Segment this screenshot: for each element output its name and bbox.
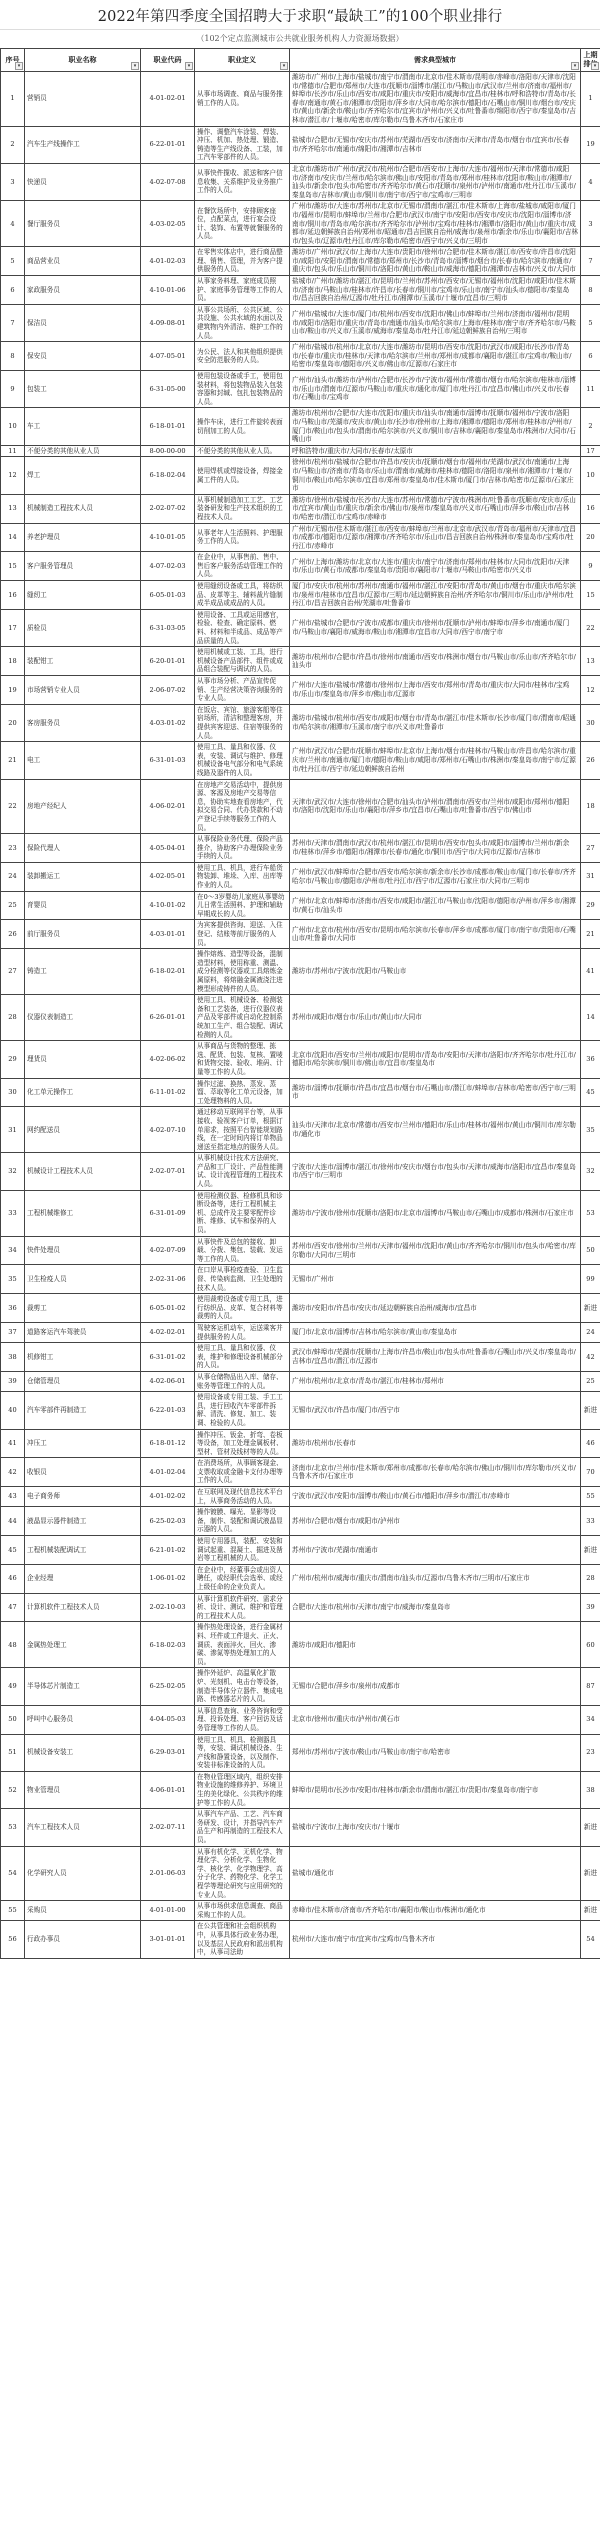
row-occupation-name: 育婴员 (25, 891, 141, 920)
table-row: 22房地产经纪人4-06-02-01在房地产交易活动中，提供房源、客源及房地产交… (1, 779, 600, 834)
row-occupation-code: 6-25-02-03 (141, 1507, 195, 1536)
row-definition: 驾驶客运机动车，运送乘客并提供服务的人员。 (195, 1322, 290, 1342)
table-row: 2汽车生产线操作工6-22-01-01操作、调整汽车涂装、焊装、冲压、机加、热处… (1, 126, 600, 163)
table-row: 48金属热处理工6-18-02-03操作热处理设备，进行金属材料、坯件或工件退火… (1, 1622, 600, 1668)
row-seq: 37 (1, 1322, 25, 1342)
row-occupation-code: 4-02-07-10 (141, 1107, 195, 1153)
table-row: 24装卸搬运工4-02-05-01使用工具、机具，进行车船货物装卸、堆垛、入库、… (1, 862, 600, 891)
row-occupation-code: 6-29-03-01 (141, 1734, 195, 1771)
row-definition: 使用工具、机具、检测器具等，安装、调试机械设备、生产线和静置设备，以及制作、安装… (195, 1734, 290, 1771)
row-seq: 16 (1, 581, 25, 610)
row-prev-rank: 24 (581, 1322, 600, 1342)
row-occupation-code: 2-02-07-02 (141, 494, 195, 523)
table-row: 32机械设计工程技术人员2-02-07-01从事机械设计技术方法研究、产品和工厂… (1, 1153, 600, 1190)
row-definition: 不便分类的其他从业人员。 (195, 445, 290, 457)
row-seq: 47 (1, 1593, 25, 1622)
row-seq: 46 (1, 1564, 25, 1593)
row-prev-rank: 23 (581, 1734, 600, 1771)
row-prev-rank: 29 (581, 891, 600, 920)
row-prev-rank: 7 (581, 247, 600, 276)
row-prev-rank: 30 (581, 704, 600, 741)
row-definition: 为宾客提供咨询、迎送、入住登记、结账等前厅服务的人员。 (195, 920, 290, 949)
row-definition: 使用工具、机具，进行车船货物装卸、堆垛、入库、出库等作业的人员。 (195, 862, 290, 891)
table-row: 21电工6-31-01-03使用工具、量具和仪器、仪表，安装、调试与维护、修理机… (1, 742, 600, 779)
row-occupation-code: 6-25-02-05 (141, 1668, 195, 1705)
filter-dropdown-icon[interactable]: ▾ (571, 62, 579, 70)
row-demand-cities: 潍坊市/徐州市/盐城市/长沙市/大连市/苏州市/常德市/宁波市/株洲市/吐鲁番市… (290, 494, 581, 523)
row-definition: 操作、调整汽车涂装、焊装、冲压、机加、热处理、锻造、铸造等生产线设备、工装，加工… (195, 126, 290, 163)
row-occupation-code: 2-02-31-06 (141, 1265, 195, 1294)
table-row: 51机械设备安装工6-29-03-01使用工具、机具、检测器具等，安装、调试机械… (1, 1734, 600, 1771)
table-row: 41冲压工6-18-01-12操作冲压、钣金、折弯、卷板等设备，加工处理金属板材… (1, 1429, 600, 1458)
row-demand-cities: 潍坊市/宁波市/徐州市/抚顺市/洛阳市/北京市/淄博市/马鞍山市/石嘴山市/成都… (290, 1190, 581, 1236)
row-definition: 为公民、法人和其他组织提供安全防范服务的人员。 (195, 342, 290, 371)
row-seq: 26 (1, 920, 25, 949)
row-seq: 44 (1, 1507, 25, 1536)
row-seq: 51 (1, 1734, 25, 1771)
table-header-row: 序号▾ 职业名称▾ 职业代码▾ 职业定义▾ 需求典型城市▾ 上期排位▾ (1, 49, 600, 72)
row-seq: 35 (1, 1265, 25, 1294)
table-row: 1营销员4-01-02-01从事市场调查、商品与服务推销工作的人员。潍坊市/广州… (1, 72, 600, 127)
row-prev-rank: 22 (581, 609, 600, 646)
table-row: 12焊工6-18-02-04使用焊机或焊接设备，焊接金属工件的人员。徐州市/杭州… (1, 457, 600, 494)
row-definition: 操作镀膜、曝光、显影等设备，制作、装配和调试液晶显示器的人员。 (195, 1507, 290, 1536)
table-row: 50呼叫中心服务员4-04-05-03从事信息查询、业务咨询和受理、投诉处理、客… (1, 1705, 600, 1734)
row-occupation-name: 汽车工程技术人员 (25, 1809, 141, 1846)
row-occupation-code: 4-01-02-01 (141, 72, 195, 127)
row-seq: 12 (1, 457, 25, 494)
row-definition: 使用设备、工具或运用感官，检验、检查、确定原料、燃料、材料和半成品、成品等产品质… (195, 609, 290, 646)
table-row: 45工程机械装配调试工6-21-01-02使用专用器具，装配、安装和调试起重、混… (1, 1536, 600, 1565)
row-demand-cities: 天津市/武汉市/大连市/徐州市/合肥市/汕头市/泸州市/渭南市/西安市/兰州市/… (290, 779, 581, 834)
row-seq: 6 (1, 276, 25, 305)
row-seq: 20 (1, 704, 25, 741)
row-prev-rank: 5 (581, 304, 600, 341)
row-definition: 从事商品与货物的整理、拣选、配货、包装、复核、置唛和货物交接、验收、堆码、计量等… (195, 1041, 290, 1078)
row-seq: 40 (1, 1392, 25, 1429)
row-prev-rank: 新进 (581, 1536, 600, 1565)
table-row: 26前厅服务员4-03-01-01为宾客提供咨询、迎送、入住登记、结账等前厅服务… (1, 920, 600, 949)
table-row: 49半导体芯片制造工6-25-02-05操作外延炉、高温氧化扩散炉、光刻机、电击… (1, 1668, 600, 1705)
row-occupation-code: 4-06-02-01 (141, 779, 195, 834)
row-prev-rank: 33 (581, 1507, 600, 1536)
row-occupation-name: 商品营业员 (25, 247, 141, 276)
row-occupation-code: 4-02-07-08 (141, 163, 195, 200)
row-seq: 55 (1, 1901, 25, 1921)
row-definition: 使用缝纫设备或工具，将纺织品、皮革等主、辅料裁片缝制成半成品或成品的人员。 (195, 581, 290, 610)
row-occupation-code: 4-02-06-01 (141, 1371, 195, 1391)
row-demand-cities: 北京市/潍坊市/广州市/武汉市/杭州市/合肥市/西安市/上海市/大连市/福州市/… (290, 163, 581, 200)
row-demand-cities: 盐城市/宁波市/上海市/安庆市/十堰市 (290, 1809, 581, 1846)
column-label: 需求典型城市 (414, 55, 456, 64)
row-demand-cities: 潍坊市/苏州市/宁波市/沈阳市/马鞍山市 (290, 949, 581, 995)
row-demand-cities: 无锡市/合肥市/萍乡市/泉州市/成都市 (290, 1668, 581, 1705)
row-occupation-name: 汽车零部件再制造工 (25, 1392, 141, 1429)
row-prev-rank: 1 (581, 72, 600, 127)
row-occupation-code: 2-02-07-01 (141, 1153, 195, 1190)
row-prev-rank: 2 (581, 408, 600, 445)
table-row: 34快件处理员4-02-07-09从事快件及总包的接收、卸载、分拨、集包、装载、… (1, 1236, 600, 1265)
row-occupation-name: 工程机械维修工 (25, 1190, 141, 1236)
row-occupation-code: 4-01-02-02 (141, 1487, 195, 1507)
table-row: 55采购员4-01-01-00从事市场供求信息调查、商品采购工作的人员。赤峰市/… (1, 1901, 600, 1921)
row-occupation-code: 6-11-01-02 (141, 1078, 195, 1107)
row-demand-cities: 蚌埠市/昆明市/长沙市/安阳市/桂林市/新余市/渭南市/湛江市/贵阳市/秦皇岛市… (290, 1771, 581, 1808)
filter-dropdown-icon[interactable]: ▾ (591, 62, 599, 70)
row-occupation-code: 4-10-01-06 (141, 276, 195, 305)
table-row: 33工程机械维修工6-31-01-09使用检测仪器、检修机具和诊断设备等，进行工… (1, 1190, 600, 1236)
row-occupation-name: 机修钳工 (25, 1343, 141, 1372)
table-row: 56行政办事员3-01-01-01在公共管理和社会组织机构中，从事具体行政业务办… (1, 1921, 600, 1958)
row-demand-cities: 宁波市/大连市/淄博市/湛江市/徐州市/安庆市/烟台市/包头市/天津市/威海市/… (290, 1153, 581, 1190)
column-label: 职业代码 (154, 55, 182, 64)
row-occupation-name: 电工 (25, 742, 141, 779)
row-occupation-name: 仪器仪表制造工 (25, 995, 141, 1041)
row-demand-cities: 杭州市/大连市/南宁市/宜宾市/宝鸡市/乌鲁木齐市 (290, 1921, 581, 1958)
row-demand-cities: 合肥市/大连市/杭州市/天津市/南宁市/威海市/秦皇岛市 (290, 1593, 581, 1622)
row-definition: 在餐饮场所中，安排顾客座位，点配菜点，进行宴会设计、装饰、布置等就餐服务的人员。 (195, 201, 290, 247)
row-prev-rank: 31 (581, 862, 600, 891)
row-demand-cities: 潍坊市/杭州市/长春市 (290, 1429, 581, 1458)
row-prev-rank: 99 (581, 1265, 600, 1294)
row-seq: 22 (1, 779, 25, 834)
row-occupation-name: 缝纫工 (25, 581, 141, 610)
row-definition: 使用专用器具，装配、安装和调试起重、混凝土、掘进及凿岩等工程机械的人员。 (195, 1536, 290, 1565)
row-demand-cities: 苏州市/合肥市/烟台市/咸阳市/泸州市 (290, 1507, 581, 1536)
row-occupation-code: 4-06-01-01 (141, 1771, 195, 1808)
table-row: 13机械制造工程技术人员2-02-07-02从事机械制造加工工艺、工艺装备研发和… (1, 494, 600, 523)
row-seq: 27 (1, 949, 25, 995)
column-header-code[interactable]: 职业代码▾ (141, 49, 195, 72)
row-occupation-code: 4-02-05-01 (141, 862, 195, 891)
row-occupation-name: 包装工 (25, 371, 141, 408)
row-occupation-code: 3-01-01-01 (141, 1921, 195, 1958)
table-body: 1营销员4-01-02-01从事市场调查、商品与服务推销工作的人员。潍坊市/广州… (1, 72, 600, 1959)
row-occupation-code: 4-02-07-09 (141, 1236, 195, 1265)
table-row: 8保安员4-07-05-01为公民、法人和其他组织提供安全防范服务的人员。广州市… (1, 342, 600, 371)
row-demand-cities: 广州市/盐城市/合肥市/宁波市/成都市/重庆市/徐州市/抚顺市/泸州市/蚌埠市/… (290, 609, 581, 646)
page-subtitle: （102个定点监测城市公共就业服务机构人力资源场数据） (0, 30, 600, 48)
row-occupation-name: 工程机械装配调试工 (25, 1536, 141, 1565)
row-seq: 28 (1, 995, 25, 1041)
row-seq: 24 (1, 862, 25, 891)
table-row: 36裁剪工6-05-01-02使用裁剪设备或专用工具，进行纺织品、皮革、复合材料… (1, 1294, 600, 1323)
row-seq: 30 (1, 1078, 25, 1107)
row-occupation-name: 装卸搬运工 (25, 862, 141, 891)
row-demand-cities: 广州市/盐城市/杭州市/北京市/大连市/潍坊市/昆明市/西安市/沈阳市/武汉市/… (290, 342, 581, 371)
row-demand-cities: 徐州市/杭州市/盐城市/合肥市/许昌市/安庆市/抚顺市/烟台市/福州市/芜湖市/… (290, 457, 581, 494)
row-occupation-name: 物业管理员 (25, 1771, 141, 1808)
row-definition: 从事公共场所、公共区域、公共设施、公共水域的水面以及建筑物内外清洁、维护工作的人… (195, 304, 290, 341)
row-occupation-name: 机械设计工程技术人员 (25, 1153, 141, 1190)
row-occupation-code: 2-02-07-11 (141, 1809, 195, 1846)
row-occupation-code: 6-31-01-03 (141, 742, 195, 779)
column-header-prev-rank[interactable]: 上期排位▾ (581, 49, 600, 72)
row-definition: 从事信息查询、业务咨询和受理、投诉处理、客户回访及话务管理等工作的人员。 (195, 1705, 290, 1734)
column-header-cities[interactable]: 需求典型城市▾ (290, 49, 581, 72)
row-demand-cities: 盐城市/广州市/潍坊市/湛江市/昆明市/兰州市/苏州市/西安市/无锡市/福州市/… (290, 276, 581, 305)
row-definition: 使用焊机或焊接设备，焊接金属工件的人员。 (195, 457, 290, 494)
row-prev-rank: 41 (581, 949, 600, 995)
row-occupation-name: 裁剪工 (25, 1294, 141, 1323)
row-demand-cities: 广州市/杭州市/威海市/重庆市/渭南市/汕头市/辽源市/乌鲁木齐市/三明市/石家… (290, 1564, 581, 1593)
row-prev-rank: 12 (581, 676, 600, 705)
row-seq: 18 (1, 647, 25, 676)
table-row: 18装配钳工6-20-01-01使用机械或工装、工具，进行机械设备产品部件、组件… (1, 647, 600, 676)
row-definition: 在物业管理区域内，组织安排物业设施的维修养护、环境卫生的美化绿化、公共秩序的维护… (195, 1771, 290, 1808)
row-definition: 从事保险业务代理、保险产品推介，协助客户办理保险业务手续的人员。 (195, 834, 290, 863)
row-occupation-name: 金属热处理工 (25, 1622, 141, 1668)
row-demand-cities: 苏州市/咸阳市/烟台市/乐山市/黄山市/大同市 (290, 995, 581, 1041)
row-seq: 29 (1, 1041, 25, 1078)
row-seq: 10 (1, 408, 25, 445)
row-demand-cities: 苏州市/西安市/徐州市/兰州市/天津市/福州市/沈阳市/黄山市/齐齐哈尔市/铜川… (290, 1236, 581, 1265)
row-occupation-name: 装配钳工 (25, 647, 141, 676)
row-definition: 在饭店、宾馆、旅游客船等住宿场所，清洁和整理客房，并提供宾客迎送、住宿等服务的人… (195, 704, 290, 741)
row-prev-rank: 20 (581, 523, 600, 552)
table-row: 28仪器仪表制造工6-26-01-01使用工具、机械设备、检测装备和工艺装备，进… (1, 995, 600, 1041)
row-occupation-name: 汽车生产线操作工 (25, 126, 141, 163)
row-occupation-name: 机械设备安装工 (25, 1734, 141, 1771)
row-occupation-name: 电子商务师 (25, 1487, 141, 1507)
row-seq: 2 (1, 126, 25, 163)
table-row: 6家政服务员4-10-01-06从事家务料理、家庭成员照护、家庭事务管理等工作的… (1, 276, 600, 305)
filter-dropdown-icon[interactable]: ▾ (185, 62, 193, 70)
page-title: 2022年第四季度全国招聘大于求职“最缺工”的100个职业排行 (0, 0, 600, 30)
row-occupation-code: 6-31-03-05 (141, 609, 195, 646)
row-seq: 11 (1, 445, 25, 457)
row-seq: 5 (1, 247, 25, 276)
row-demand-cities: 盐城市/通化市 (290, 1846, 581, 1901)
row-prev-rank: 9 (581, 552, 600, 581)
row-seq: 34 (1, 1236, 25, 1265)
row-occupation-name: 房地产经纪人 (25, 779, 141, 834)
row-demand-cities: 无锡市/武汉市/许昌市/厦门市/西宁市 (290, 1392, 581, 1429)
row-demand-cities: 潍坊市/咸阳市/德阳市 (290, 1622, 581, 1668)
row-demand-cities: 潍坊市/淄博市/抚顺市/许昌市/宜昌市/烟台市/石嘴山市/潜江市/蚌埠市/吉林市… (290, 1078, 581, 1107)
row-definition: 操作冲压、钣金、折弯、卷板等设备，加工处理金属板材、型材、管材及线材等的人员。 (195, 1429, 290, 1458)
row-definition: 在0～3岁婴幼儿家庭从事婴幼儿日常生活照料、护理和辅助早期成长的人员。 (195, 891, 290, 920)
row-seq: 48 (1, 1622, 25, 1668)
row-occupation-name: 理货员 (25, 1041, 141, 1078)
row-occupation-name: 网约配送员 (25, 1107, 141, 1153)
row-occupation-code: 4-02-06-02 (141, 1041, 195, 1078)
row-seq: 56 (1, 1921, 25, 1958)
row-demand-cities: 广州市/无锡市/佳木斯市/湛江市/西安市/蚌埠市/兰州市/北京市/武汉市/青岛市… (290, 523, 581, 552)
column-header-definition[interactable]: 职业定义▾ (195, 49, 290, 72)
row-demand-cities: 北京市/徐州市/重庆市/泸州市/黄石市 (290, 1705, 581, 1734)
row-occupation-code: 4-01-02-04 (141, 1458, 195, 1487)
row-demand-cities: 厦门市/北京市/淄博市/吉林市/哈尔滨市/黄山市/秦皇岛市 (290, 1322, 581, 1342)
row-seq: 49 (1, 1668, 25, 1705)
row-demand-cities: 无锡市/广州市 (290, 1265, 581, 1294)
row-definition: 使用工具、量具和仪器、仪表，维护和修理设备机械部分的人员。 (195, 1343, 290, 1372)
row-definition: 通过移动互联网平台等，从事接收、验视客户订单，根据订单需求，按照平台智能规划路线… (195, 1107, 290, 1153)
row-occupation-name: 铸造工 (25, 949, 141, 995)
row-demand-cities: 武汉市/蚌埠市/芜湖市/抚顺市/上海市/许昌市/鞍山市/包头市/吐鲁番市/石嘴山… (290, 1343, 581, 1372)
table-row: 35卫生检疫人员2-02-31-06在口岸从事检疫查验、卫生监督、传染病监测、卫… (1, 1265, 600, 1294)
row-occupation-code: 4-07-05-01 (141, 342, 195, 371)
row-prev-rank: 6 (581, 342, 600, 371)
row-prev-rank: 17 (581, 445, 600, 457)
row-definition: 从事汽车产品、工艺、汽车商务研发、设计，并指导汽车产品生产和再制造的工程技术人员… (195, 1809, 290, 1846)
row-demand-cities: 广州市/潍坊市/大连市/苏州市/北京市/无锡市/渭南市/湛江市/佳木斯市/上海市… (290, 201, 581, 247)
row-occupation-name: 保险代理人 (25, 834, 141, 863)
table-row: 3快递员4-02-07-08从事快件揽收、派送和客户信息收集、关系维护及业务推广… (1, 163, 600, 200)
row-prev-rank: 28 (581, 1564, 600, 1593)
filter-dropdown-icon[interactable]: ▾ (131, 62, 139, 70)
row-demand-cities: 潍坊市/杭州市/合肥市/大连市/沈阳市/重庆市/汕头市/南通市/淄博市/抚顺市/… (290, 408, 581, 445)
row-definition: 在企业中，从事售前、售中、售后客户服务活动管理工作的人员。 (195, 552, 290, 581)
row-definition: 使用机械或工装、工具，进行机械设备产品部件、组件或成品组合装配与调试的人员。 (195, 647, 290, 676)
table-row: 54化学研究人员2-01-06-03从事有机化学、无机化学、物理化学、分析化学、… (1, 1846, 600, 1901)
row-prev-rank: 16 (581, 494, 600, 523)
row-occupation-code: 6-18-01-12 (141, 1429, 195, 1458)
row-occupation-code: 8-00-00-00 (141, 445, 195, 457)
row-occupation-name: 质检员 (25, 609, 141, 646)
row-demand-cities: 苏州市/天津市/渭南市/武汉市/杭州市/湛江市/昆明市/西安市/包头市/咸阳市/… (290, 834, 581, 863)
row-occupation-code: 4-07-02-03 (141, 552, 195, 581)
row-seq: 38 (1, 1343, 25, 1372)
row-seq: 8 (1, 342, 25, 371)
row-occupation-code: 2-06-07-02 (141, 676, 195, 705)
row-prev-rank: 4 (581, 163, 600, 200)
row-prev-rank: 50 (581, 1236, 600, 1265)
row-demand-cities: 潍坊市/广州市/武汉市/上海市/大连市/贵阳市/徐州市/合肥市/佳木斯市/湛江市… (290, 247, 581, 276)
row-occupation-code: 6-31-05-00 (141, 371, 195, 408)
table-row: 20客房服务员4-03-01-02在饭店、宾馆、旅游客船等住宿场所，清洁和整理客… (1, 704, 600, 741)
table-row: 38机修钳工6-31-01-02使用工具、量具和仪器、仪表，维护和修理设备机械部… (1, 1343, 600, 1372)
row-demand-cities: 广州市/北京市/杭州市/西安市/昆明市/哈尔滨市/长春市/萍乡市/成都市/厦门市… (290, 920, 581, 949)
row-prev-rank: 13 (581, 647, 600, 676)
table-row: 40汽车零部件再制造工6-22-01-03使用设备或专用工装、手工工具，进行回收… (1, 1392, 600, 1429)
row-definition: 从事机械制造加工工艺、工艺装备研发和生产技术组织的工程技术人员。 (195, 494, 290, 523)
row-demand-cities: 宁波市/武汉市/安阳市/淄博市/鞍山市/黄石市/德阳市/萍乡市/潜江市/赤峰市 (290, 1487, 581, 1507)
row-prev-rank: 19 (581, 126, 600, 163)
row-definition: 从事快件及总包的接收、卸载、分拨、集包、装载、发运等工作的人员。 (195, 1236, 290, 1265)
row-occupation-name: 收银员 (25, 1458, 141, 1487)
row-prev-rank: 45 (581, 1078, 600, 1107)
table-row: 19市场营销专业人员2-06-07-02从事市场分析、产品宣传促销、生产经营决策… (1, 676, 600, 705)
table-row: 23保险代理人4-05-04-01从事保险业务代理、保险产品推介，协助客户办理保… (1, 834, 600, 863)
row-occupation-name: 车工 (25, 408, 141, 445)
table-row: 17质检员6-31-03-05使用设备、工具或运用感官，检验、检查、确定原料、燃… (1, 609, 600, 646)
row-prev-rank: 新进 (581, 1846, 600, 1901)
table-row: 42收银员4-01-02-04在消费场所，从事顾客现金、支票收取或金融卡支付办理… (1, 1458, 600, 1487)
row-demand-cities: 广州市/大连市/盐城市/常德市/徐州市/上海市/西安市/郑州市/青岛市/重庆市/… (290, 676, 581, 705)
row-occupation-code: 6-22-01-01 (141, 126, 195, 163)
row-definition: 从事快件揽收、派送和客户信息收集、关系维护及业务推广工作的人员。 (195, 163, 290, 200)
row-prev-rank: 42 (581, 1343, 600, 1372)
row-definition: 使用设备或专用工装、手工工具，进行回收汽车零部件拆解、清洗、修复、加工、装调、检… (195, 1392, 290, 1429)
row-occupation-name: 家政服务员 (25, 276, 141, 305)
column-header-name[interactable]: 职业名称▾ (25, 49, 141, 72)
filter-dropdown-icon[interactable]: ▾ (15, 62, 23, 70)
row-occupation-name: 化工单元操作工 (25, 1078, 141, 1107)
row-prev-rank: 26 (581, 742, 600, 779)
column-label: 职业定义 (228, 55, 256, 64)
row-prev-rank: 46 (581, 1429, 600, 1458)
table-row: 4餐厅服务员4-03-02-05在餐饮场所中，安排顾客座位，点配菜点，进行宴会设… (1, 201, 600, 247)
row-occupation-code: 4-01-01-00 (141, 1901, 195, 1921)
row-prev-rank: 36 (581, 1041, 600, 1078)
table-row: 39仓储管理员4-02-06-01从事仓储物品出入库、储存、账务等管理工作的人员… (1, 1371, 600, 1391)
row-occupation-code: 4-10-01-05 (141, 523, 195, 552)
table-row: 30化工单元操作工6-11-01-02操作过滤、换热、蒸发、蒸馏、萃取等化工单元… (1, 1078, 600, 1107)
row-prev-rank: 32 (581, 1153, 600, 1190)
row-prev-rank: 新进 (581, 1294, 600, 1323)
row-prev-rank: 35 (581, 1107, 600, 1153)
row-occupation-name: 快件处理员 (25, 1236, 141, 1265)
column-header-seq[interactable]: 序号▾ (1, 49, 25, 72)
row-definition: 从事市场调查、商品与服务推销工作的人员。 (195, 72, 290, 127)
row-definition: 从事市场分析、产品宣传促销、生产经营决策咨询服务的专业人员。 (195, 676, 290, 705)
row-occupation-code: 6-18-02-04 (141, 457, 195, 494)
filter-dropdown-icon[interactable]: ▾ (280, 62, 288, 70)
row-seq: 15 (1, 552, 25, 581)
table-row: 10车工6-18-01-01操作车床，进行工件旋转表面切削加工的人员。潍坊市/杭… (1, 408, 600, 445)
row-definition: 操作熔炼、造型等设备，混制造型材料，使用称重、测温、成分检测等仪器或工具熔炼金属… (195, 949, 290, 995)
row-occupation-name: 计算机软件工程技术人员 (25, 1593, 141, 1622)
row-occupation-code: 4-03-01-02 (141, 704, 195, 741)
row-prev-rank: 10 (581, 457, 600, 494)
row-prev-rank: 3 (581, 201, 600, 247)
row-definition: 从事老年人生活照料、护理服务工作的人员。 (195, 523, 290, 552)
row-prev-rank: 70 (581, 1458, 600, 1487)
row-occupation-code: 6-22-01-03 (141, 1392, 195, 1429)
row-occupation-code: 6-18-02-01 (141, 949, 195, 995)
table-row: 5商品营业员4-01-02-03在零售实体店中，进行商品整理、销售、管理，并为客… (1, 247, 600, 276)
row-occupation-code: 6-31-01-09 (141, 1190, 195, 1236)
row-demand-cities: 潍坊市/杭州市/合肥市/许昌市/徐州市/南通市/西安市/株洲市/烟台市/马鞍山市… (290, 647, 581, 676)
row-prev-rank: 53 (581, 1190, 600, 1236)
row-occupation-code: 6-31-01-02 (141, 1343, 195, 1372)
row-seq: 50 (1, 1705, 25, 1734)
row-demand-cities: 广州市/武汉市/合肥市/抚顺市/蚌埠市/北京市/上海市/烟台市/桂林市/马鞍山市… (290, 742, 581, 779)
row-prev-rank: 34 (581, 1705, 600, 1734)
row-demand-cities: 赤峰市/佳木斯市/济南市/齐齐哈尔市/襄阳市/鞍山市/株洲市/通化市 (290, 1901, 581, 1921)
table-row: 43电子商务师4-01-02-02在互联网及现代信息技术平台上，从事商务活动的人… (1, 1487, 600, 1507)
row-prev-rank: 25 (581, 1371, 600, 1391)
row-definition: 使用工具、量具和仪器、仪表，安装、调试与维护、修理机械设备电气部分和电气系统线路… (195, 742, 290, 779)
row-demand-cities: 广州市/汕头市/潍坊市/泸州市/合肥市/长沙市/宁波市/福州市/常德市/烟台市/… (290, 371, 581, 408)
row-prev-rank: 54 (581, 1921, 600, 1958)
row-definition: 从事机械设计技术方法研究、产品和工厂设计、产品性能测试、设计流程管理的工程技术人… (195, 1153, 290, 1190)
row-definition: 操作热处理设备，进行金属材料、坯件或工件退火、正火、调质、表面淬火、回火、渗碳、… (195, 1622, 290, 1668)
table-row: 37道路客运汽车驾驶员4-02-02-01驾驶客运机动车，运送乘客并提供服务的人… (1, 1322, 600, 1342)
row-definition: 使用工具、机械设备、检测装备和工艺装备，进行仪器仪表产品及零部件或自动化控制系统… (195, 995, 290, 1041)
row-occupation-name: 不便分类的其他从业人员 (25, 445, 141, 457)
row-occupation-code: 4-03-02-05 (141, 201, 195, 247)
table-row: 29理货员4-02-06-02从事商品与货物的整理、拣选、配货、包装、复核、置唛… (1, 1041, 600, 1078)
table-row: 47计算机软件工程技术人员2-02-10-03从事计算机软件研究、需求分析、设计… (1, 1593, 600, 1622)
table-row: 9包装工6-31-05-00使用包装设备或手工，使用包装材料，将包装物品装入包装… (1, 371, 600, 408)
row-seq: 3 (1, 163, 25, 200)
row-seq: 39 (1, 1371, 25, 1391)
row-seq: 45 (1, 1536, 25, 1565)
row-seq: 7 (1, 304, 25, 341)
row-seq: 32 (1, 1153, 25, 1190)
table-row: 25育婴员4-10-01-02在0～3岁婴幼儿家庭从事婴幼儿日常生活照料、护理和… (1, 891, 600, 920)
row-definition: 在公共管理和社会组织机构中，从事具体行政业务办理，以及基层人民政府和派出机构中，… (195, 1921, 290, 1958)
row-occupation-name: 呼叫中心服务员 (25, 1705, 141, 1734)
table-row: 53汽车工程技术人员2-02-07-11从事汽车产品、工艺、汽车商务研发、设计，… (1, 1809, 600, 1846)
row-seq: 25 (1, 891, 25, 920)
row-prev-rank: 18 (581, 779, 600, 834)
row-demand-cities: 郑州市/苏州市/宁波市/鞍山市/马鞍山市/南宁市/哈密市 (290, 1734, 581, 1771)
row-occupation-name: 卫生检疫人员 (25, 1265, 141, 1294)
table-row: 46企业经理1-06-01-02在企业中，经董事会或出资人聘任，或经职代会选举、… (1, 1564, 600, 1593)
